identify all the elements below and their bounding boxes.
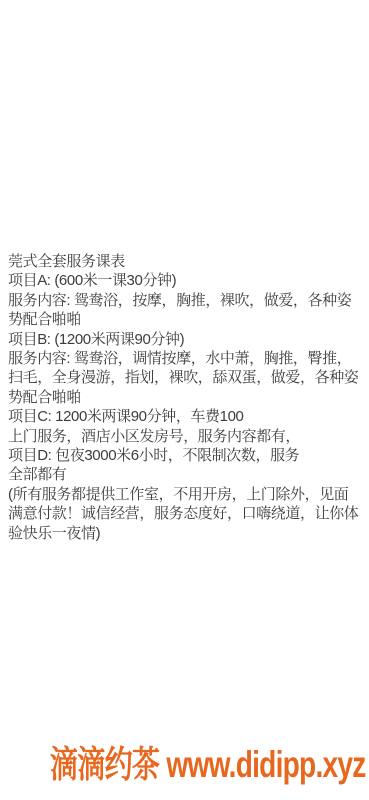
text-line: 势配合啪啪 [8, 310, 367, 329]
watermark-banner: 滴滴约茶 www.didipp.xyz [0, 743, 369, 787]
text-line: 项目B: (1200米两课90分钟) [8, 330, 367, 349]
service-price-list: 莞式全套服务课表项目A: (600米一课30分钟)服务内容: 鸳鸯浴，按摩，胸推… [8, 252, 367, 543]
spam-ad-image: 莞式全套服务课表项目A: (600米一课30分钟)服务内容: 鸳鸯浴，按摩，胸推… [0, 0, 369, 800]
text-line: 莞式全套服务课表 [8, 252, 367, 271]
text-line: 服务内容: 鸳鸯浴，调情按摩，水中萧，胸推，臀推， [8, 349, 367, 368]
text-line: 项目A: (600米一课30分钟) [8, 271, 367, 290]
watermark-text: 滴滴约茶 www.didipp.xyz [50, 743, 366, 787]
text-line: 全部都有 [8, 465, 367, 484]
text-line: 项目D: 包夜3000米6小时，不限制次数，服务 [8, 446, 367, 465]
text-line: 扫毛，全身漫游，指划，裸吹，舔双蛋，做爱，各种姿 [8, 368, 367, 387]
website-url: www.didipp.xyz [166, 744, 365, 785]
text-line: 满意付款！诚信经营，服务态度好，口嗨绕道，让你体 [8, 504, 367, 523]
text-line: 势配合啪啪 [8, 388, 367, 407]
text-line: (所有服务都提供工作室，不用开房，上门除外，见面 [8, 485, 367, 504]
brand-name: 滴滴约茶 [50, 744, 159, 785]
text-line: 项目C: 1200米两课90分钟，车费100 [8, 407, 367, 426]
text-line: 验快乐一夜情) [8, 524, 367, 543]
text-line: 上门服务，酒店小区发房号，服务内容都有， [8, 427, 367, 446]
text-line: 服务内容: 鸳鸯浴，按摩，胸推，裸吹，做爱，各种姿 [8, 291, 367, 310]
